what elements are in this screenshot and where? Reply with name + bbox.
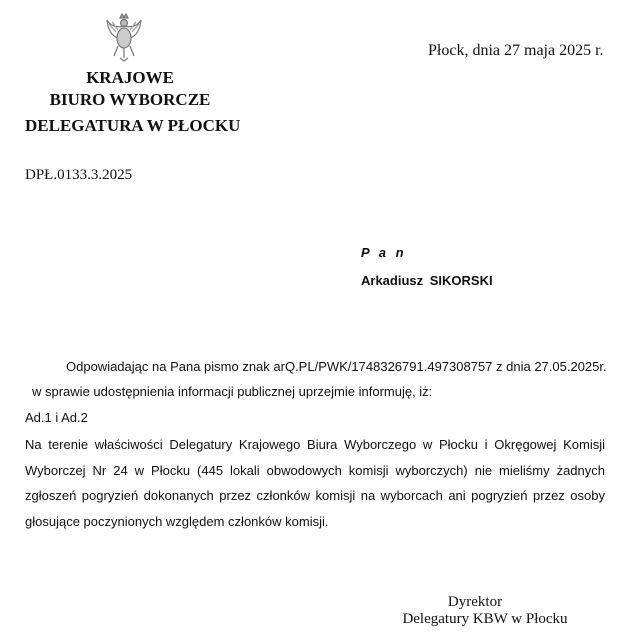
organization-name-line2: BIURO WYBORCZE xyxy=(0,90,260,110)
recipient-salutation: P a n xyxy=(361,245,407,260)
organization-name-line1: KRAJOWE xyxy=(0,68,260,88)
section-label: Ad.1 i Ad.2 xyxy=(25,410,88,425)
reference-number: DPŁ.0133.3.2025 xyxy=(25,167,132,184)
signature-office: Delegatury KBW w Płocku xyxy=(380,611,590,628)
organization-delegation: DELEGATURA W PŁOCKU xyxy=(25,116,240,136)
intro-line-2: w sprawie udostępnienia informacji publi… xyxy=(32,384,432,399)
letter-body: Na terenie właściwości Delegatury Krajow… xyxy=(25,432,605,534)
polish-eagle-emblem-icon xyxy=(104,12,144,62)
recipient-name: Arkadiusz SIKORSKI xyxy=(361,273,493,288)
intro-line-1: Odpowiadając na Pana pismo znak arQ.PL/P… xyxy=(66,359,607,374)
signature-title: Dyrektor xyxy=(380,594,570,611)
place-and-date: Płock, dnia 27 maja 2025 r. xyxy=(428,42,604,60)
